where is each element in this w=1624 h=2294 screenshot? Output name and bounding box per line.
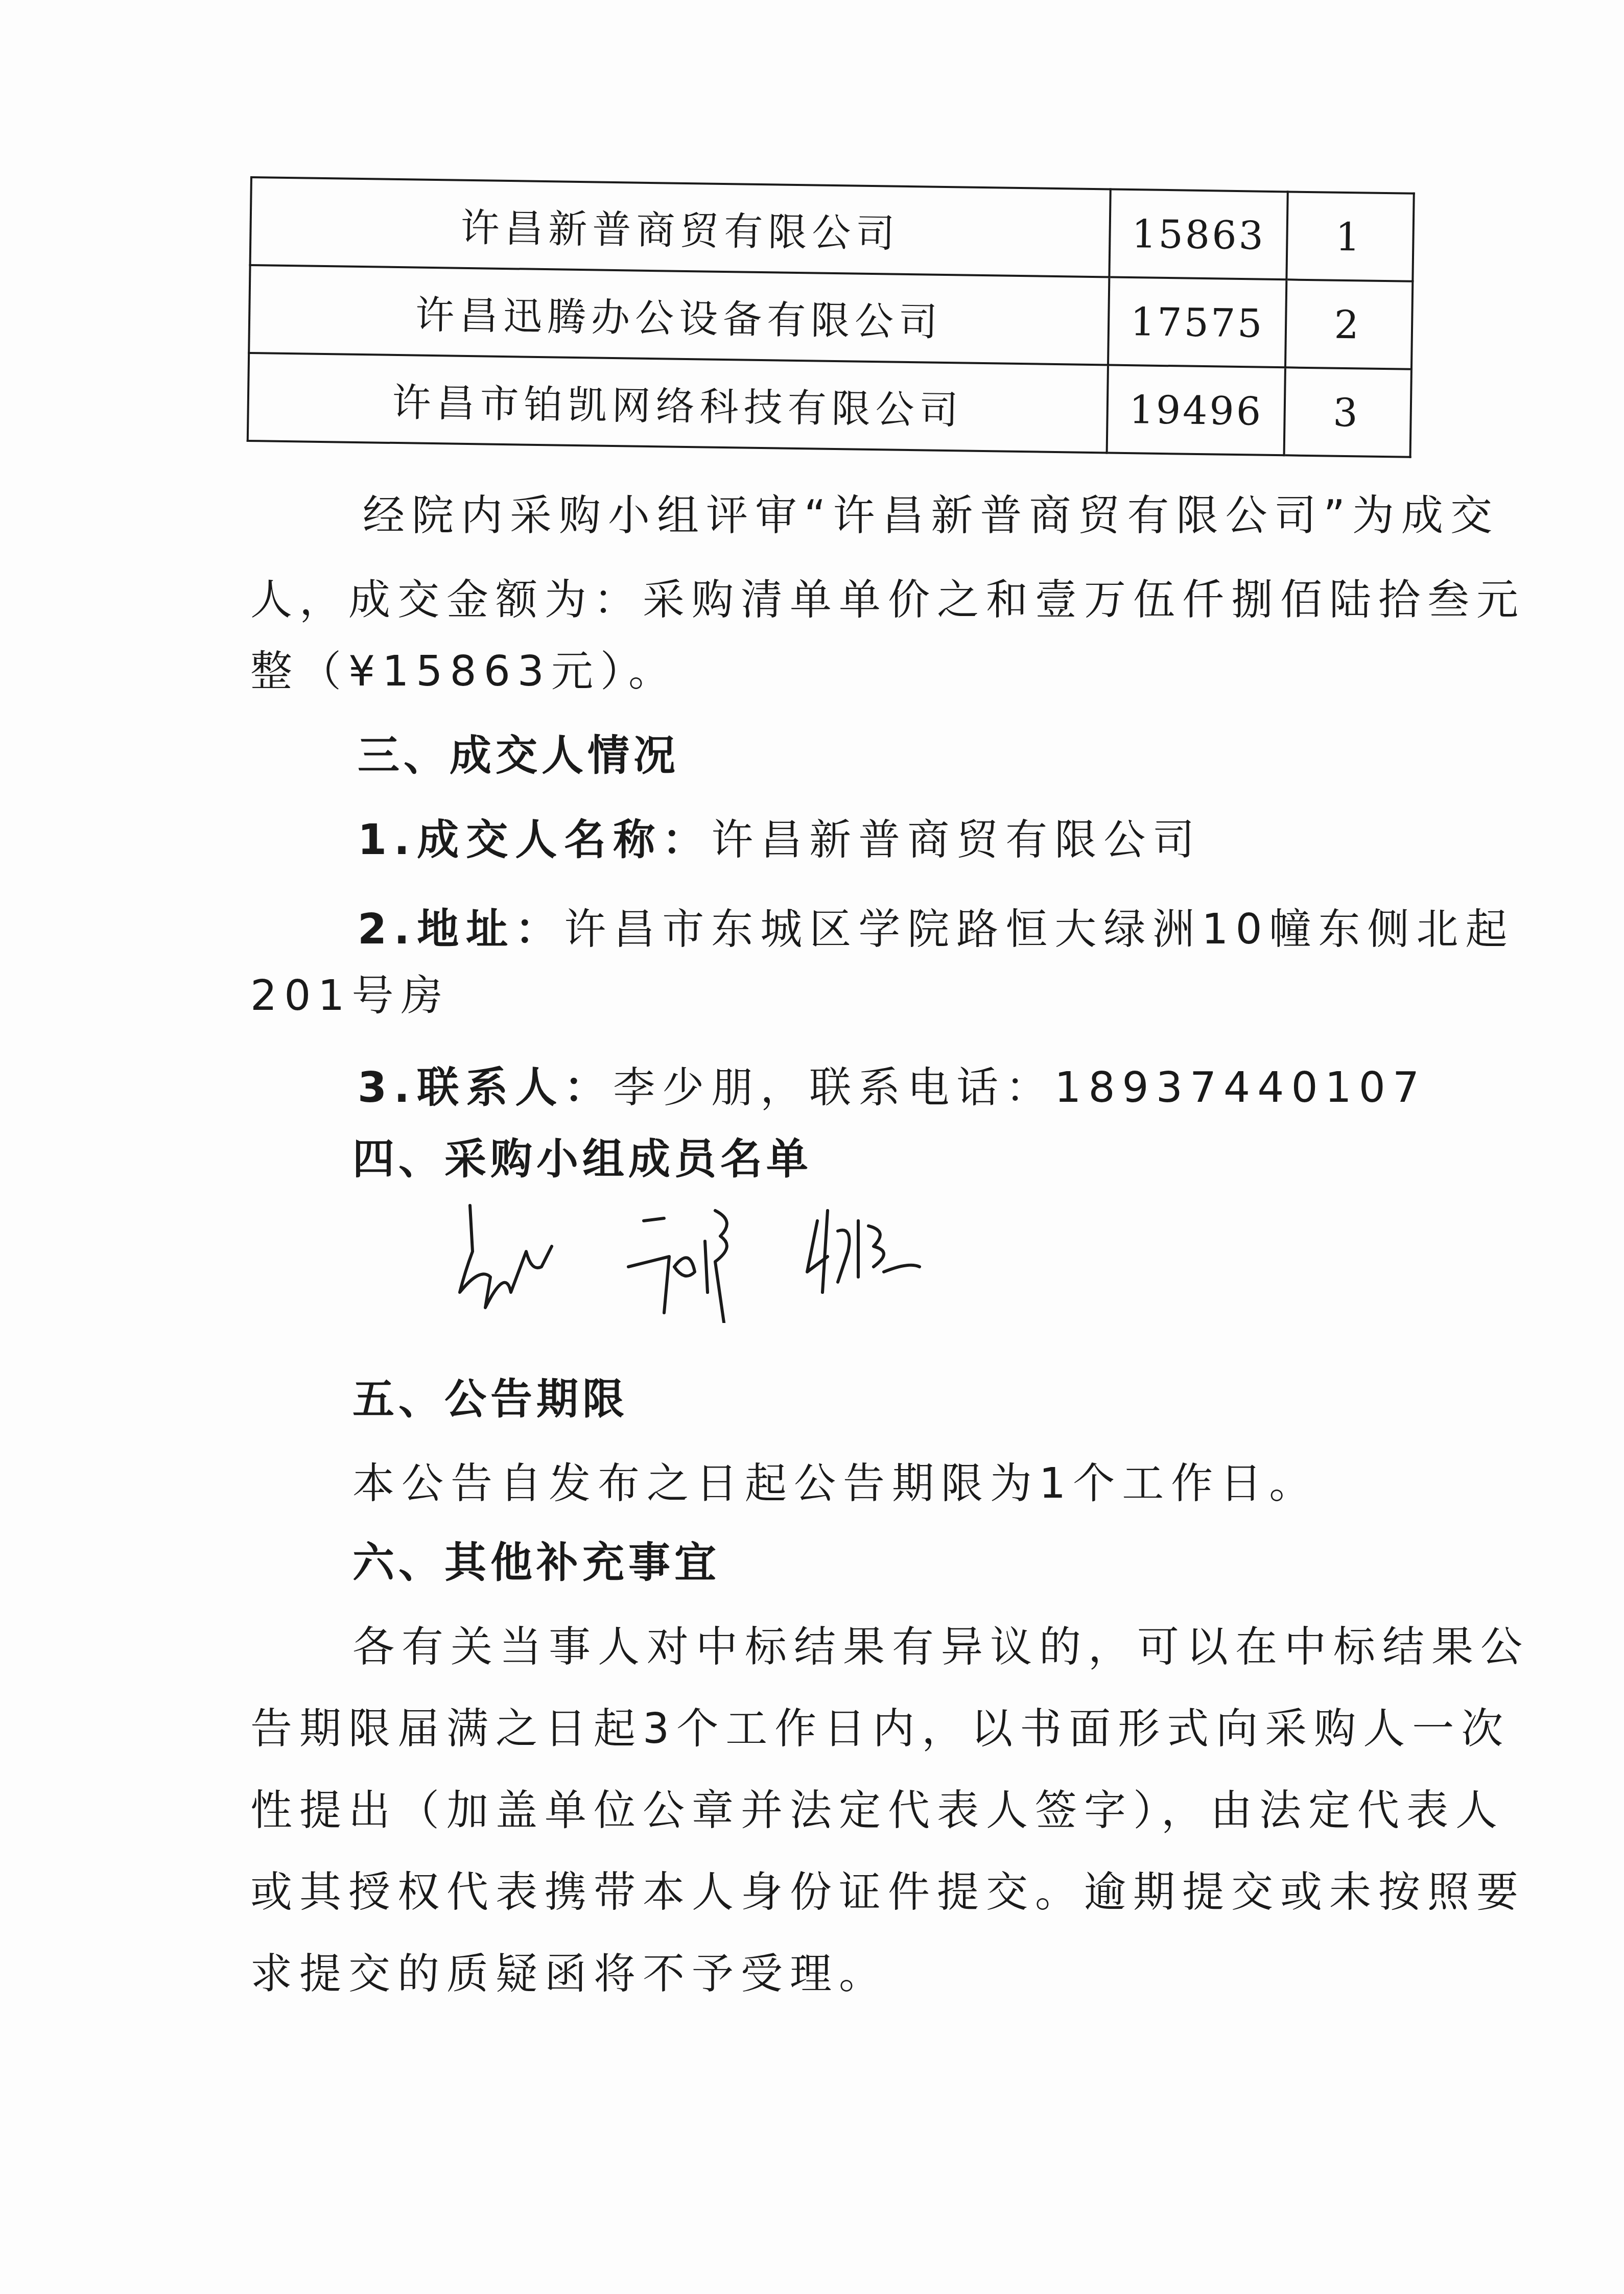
winner-name-line: 1.成交人名称：许昌新普商贸有限公司 <box>358 815 1202 866</box>
supplement-text-line: 求提交的质疑函将不予受理。 <box>250 1949 888 2000</box>
results-table: 许昌新普商贸有限公司 15863 1 许昌迅腾办公设备有限公司 17575 2 … <box>247 176 1415 458</box>
field-label: 3.联系人： <box>358 1063 613 1112</box>
supplement-text-line: 告期限届满之日起3个工作日内，以书面形式向采购人一次 <box>250 1704 1510 1755</box>
rank-cell: 3 <box>1284 367 1411 457</box>
field-label: 2.地址： <box>358 905 564 954</box>
address-line-cont: 201号房 <box>250 971 450 1022</box>
supplement-text-line: 或其授权代表携带本人身份证件提交。逾期提交或未按照要 <box>250 1867 1525 1918</box>
signatures-image <box>450 1190 1114 1323</box>
amount-cell: 19496 <box>1107 365 1285 455</box>
field-value: 许昌新普商贸有限公司 <box>711 816 1202 864</box>
table-row: 许昌迅腾办公设备有限公司 17575 2 <box>249 265 1413 369</box>
section-heading: 六、其他补充事宜 <box>352 1538 720 1589</box>
amount-cell: 17575 <box>1108 277 1287 367</box>
award-text-line: 经院内采购小组评审“许昌新普商贸有限公司”为成交 <box>363 490 1499 541</box>
award-text-line: 人，成交金额为：采购清单单价之和壹万伍仟捌佰陆拾叁元 <box>250 575 1525 626</box>
company-cell: 许昌市铂凯网络科技有限公司 <box>248 353 1108 453</box>
supplement-text-line: 性提出（加盖单位公章并法定代表人签字），由法定代表人 <box>250 1785 1504 1836</box>
amount-cell: 15863 <box>1109 190 1288 280</box>
company-cell: 许昌迅腾办公设备有限公司 <box>249 265 1109 365</box>
contact-line: 3.联系人：李少朋，联系电话：18937440107 <box>358 1062 1426 1114</box>
field-value: 许昌市东城区学院路恒大绿洲10幢东侧北起 <box>564 905 1514 954</box>
supplement-text-line: 各有关当事人对中标结果有异议的，可以在中标结果公 <box>352 1622 1529 1673</box>
table-row: 许昌市铂凯网络科技有限公司 19496 3 <box>248 353 1411 457</box>
notice-period-text: 本公告自发布之日起公告期限为1个工作日。 <box>352 1458 1318 1509</box>
section-heading: 五、公告期限 <box>352 1374 628 1425</box>
award-text-line: 整（¥15863元）。 <box>250 646 677 697</box>
address-line: 2.地址：许昌市东城区学院路恒大绿洲10幢东侧北起 <box>358 904 1515 955</box>
section-heading: 三、成交人情况 <box>358 730 679 782</box>
signature-1 <box>460 1205 552 1308</box>
rank-cell: 1 <box>1287 192 1414 281</box>
signature-2 <box>628 1211 727 1323</box>
field-value: 李少朋，联系电话：18937440107 <box>613 1063 1426 1112</box>
field-label: 1.成交人名称： <box>358 816 711 864</box>
table-row: 许昌新普商贸有限公司 15863 1 <box>250 177 1414 281</box>
company-cell: 许昌新普商贸有限公司 <box>250 177 1111 277</box>
section-heading: 四、采购小组成员名单 <box>352 1134 812 1185</box>
rank-cell: 2 <box>1285 279 1413 369</box>
signature-3 <box>807 1211 920 1292</box>
document-page: 许昌新普商贸有限公司 15863 1 许昌迅腾办公设备有限公司 17575 2 … <box>0 0 1624 2294</box>
